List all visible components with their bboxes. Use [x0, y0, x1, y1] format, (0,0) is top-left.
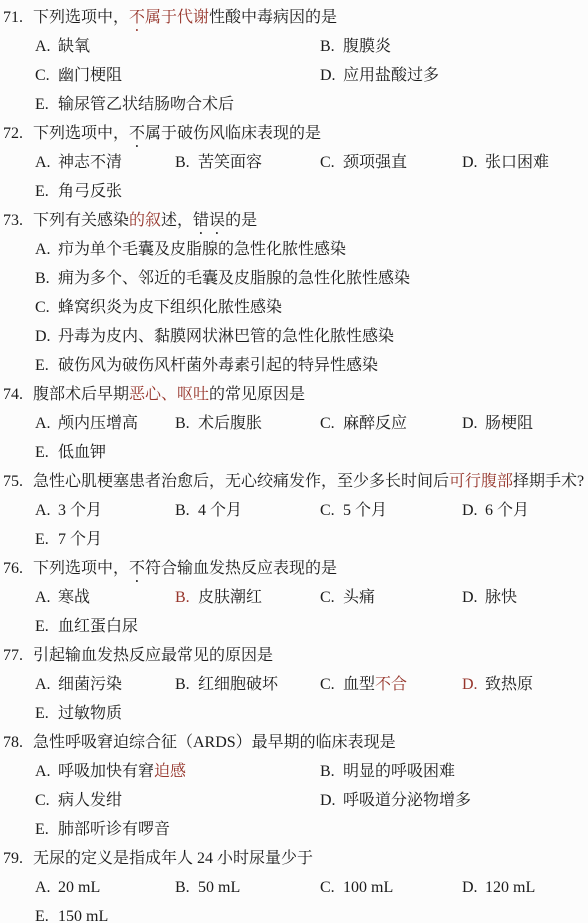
option-text-segment: 150 mL [58, 908, 108, 923]
option: D.张口困难 [462, 148, 588, 177]
option-row: A.寒战B.皮肤潮红C.头痛D.脉快 [0, 583, 588, 612]
option-text-segment: 幽门梗阻 [58, 67, 122, 84]
question-number: 78. [0, 728, 33, 757]
question-stem: 无尿的定义是指成年人 24 小时尿量少于 [33, 844, 588, 873]
option-letter: E. [35, 902, 58, 923]
option-letter: A. [35, 235, 58, 264]
option: A.细菌污染 [35, 670, 175, 699]
option-row: E.输尿管乙状结肠吻合术后 [0, 90, 588, 119]
option: C.血型不合 [320, 670, 462, 699]
question-stem-line: 71.下列选项中，不属于代谢性酸中毒病因的是 [0, 3, 588, 32]
option-text: 4 个月 [198, 502, 242, 519]
option: A.疖为单个毛囊及皮脂腺的急性化脓性感染 [35, 235, 588, 264]
option-text-segment: 细菌污染 [58, 676, 122, 693]
option-text: 颅内压增高 [58, 415, 138, 432]
option-letter: B. [175, 148, 198, 177]
option: B.红细胞破坏 [175, 670, 320, 699]
option-row: A.神志不清B.苦笑面容C.颈项强直D.张口困难 [0, 148, 588, 177]
question-stem: 急性呼吸窘迫综合征（ARDS）最早期的临床表现是 [33, 728, 588, 757]
option-letter: A. [35, 757, 58, 786]
option-letter: C. [35, 61, 58, 90]
option-text-segment: 腹膜炎 [343, 38, 391, 55]
option: C.100 mL [320, 873, 462, 902]
question-stem: 下列选项中，不符合输血发热反应表现的是 [33, 554, 588, 583]
question-stem: 下列有关感染的叙述，错误的是 [33, 206, 588, 235]
option-letter: D. [320, 61, 343, 90]
option-text: 细菌污染 [58, 676, 122, 693]
option-text: 幽门梗阻 [58, 67, 122, 84]
option-text-segment: 颅内压增高 [58, 415, 138, 432]
option-letter: B. [175, 583, 198, 612]
option-text: 20 mL [58, 879, 100, 896]
option-text: 丹毒为皮内、黏膜网状淋巴管的急性化脓性感染 [58, 328, 394, 345]
option-text: 输尿管乙状结肠吻合术后 [58, 96, 234, 113]
option-letter: C. [320, 670, 343, 699]
option: D.呼吸道分泌物增多 [320, 786, 588, 815]
option: A.颅内压增高 [35, 409, 175, 438]
option-text: 3 个月 [58, 502, 102, 519]
option: A.缺氧 [35, 32, 320, 61]
option-text-segment: 角弓反张 [58, 183, 122, 200]
option: A.20 mL [35, 873, 175, 902]
option-text: 应用盐酸过多 [343, 67, 439, 84]
option-text: 致热原 [485, 676, 533, 693]
option-letter: E. [35, 438, 58, 467]
option-text-segment: 输尿管乙状结肠吻合术后 [58, 96, 234, 113]
option: E.150 mL [35, 902, 588, 923]
question-number: 77. [0, 641, 33, 670]
option: B.痈为多个、邻近的毛囊及皮脂腺的急性化脓性感染 [35, 264, 588, 293]
option-letter: C. [320, 873, 343, 902]
option-text: 病人发绀 [58, 792, 122, 809]
option-letter: E. [35, 90, 58, 119]
question-number: 72. [0, 119, 33, 148]
option-text: 5 个月 [343, 502, 387, 519]
option-letter: C. [320, 583, 343, 612]
option-text: 6 个月 [485, 502, 529, 519]
option-text-segment: 不合 [375, 676, 407, 693]
option-row: A.缺氧B.腹膜炎 [0, 32, 588, 61]
option: E.过敏物质 [35, 699, 588, 728]
option-text: 50 mL [198, 879, 240, 896]
option-text-segment: 呼吸加快有窘 [58, 763, 154, 780]
stem-segment: 的叙 [129, 212, 161, 229]
option-row: E.7 个月 [0, 525, 588, 554]
option-text: 皮肤潮红 [198, 589, 262, 606]
option-text-segment: 肠梗阻 [485, 415, 533, 432]
option-letter: C. [320, 496, 343, 525]
option-letter: A. [35, 409, 58, 438]
option: C.颈项强直 [320, 148, 462, 177]
option-row: E.破伤风为破伤风杆菌外毒素引起的特异性感染 [0, 351, 588, 380]
option-row: C.幽门梗阻D.应用盐酸过多 [0, 61, 588, 90]
option-text-segment: 神志不清 [58, 154, 122, 171]
question-stem: 下列选项中，不属于破伤风临床表现的是 [33, 119, 588, 148]
option-letter: B. [175, 670, 198, 699]
option: E.血红蛋白尿 [35, 612, 588, 641]
option-text-segment: 血红蛋白尿 [58, 618, 138, 635]
option-letter: E. [35, 351, 58, 380]
option-text-segment: 蜂窝织炎为皮下组织化脓性感染 [58, 299, 282, 316]
option-letter: B. [35, 264, 58, 293]
option-text-segment: 术后腹胀 [198, 415, 262, 432]
option-row: E.低血钾 [0, 438, 588, 467]
option-text: 神志不清 [58, 154, 122, 171]
option: B.腹膜炎 [320, 32, 588, 61]
option-text: 角弓反张 [58, 183, 122, 200]
option-letter: C. [320, 148, 343, 177]
question-stem-line: 76.下列选项中，不符合输血发热反应表现的是 [0, 554, 588, 583]
question-number: 74. [0, 380, 33, 409]
option-letter: C. [320, 409, 343, 438]
question-stem: 腹部术后早期恶心、呕吐的常见原因是 [33, 380, 588, 409]
option: E.角弓反张 [35, 177, 588, 206]
question: 77.引起输血发热反应最常见的原因是A.细菌污染B.红细胞破坏C.血型不合D.致… [0, 641, 588, 728]
option-row: A.细菌污染B.红细胞破坏C.血型不合D.致热原 [0, 670, 588, 699]
option-text-segment: 应用盐酸过多 [343, 67, 439, 84]
question: 75.急性心肌梗塞患者治愈后，无心绞痛发作，至少多长时间后可行腹部择期手术?A.… [0, 467, 588, 554]
question-stem-line: 77.引起输血发热反应最常见的原因是 [0, 641, 588, 670]
question-number: 75. [0, 467, 33, 496]
stem-segment: 述， [161, 212, 193, 229]
option-row: B.痈为多个、邻近的毛囊及皮脂腺的急性化脓性感染 [0, 264, 588, 293]
option-text-segment: 寒战 [58, 589, 90, 606]
stem-segment: 无尿的定义是指成年人 24 小时尿量少于 [33, 850, 313, 867]
option-text: 明显的呼吸困难 [343, 763, 455, 780]
stem-segment: 引起输血发热反应最常见的原因是 [33, 647, 273, 664]
option: B.明显的呼吸困难 [320, 757, 588, 786]
option-text-segment: 痈为多个、邻近的毛囊及皮脂腺的急性化脓性感染 [58, 270, 410, 287]
option-text-segment: 50 mL [198, 879, 240, 896]
option-text-segment: 麻醉反应 [343, 415, 407, 432]
stem-segment: 属于代谢 [145, 9, 209, 26]
question-stem: 急性心肌梗塞患者治愈后，无心绞痛发作，至少多长时间后可行腹部择期手术? [33, 467, 588, 496]
option-text-segment: 颈项强直 [343, 154, 407, 171]
option-row: D.丹毒为皮内、黏膜网状淋巴管的急性化脓性感染 [0, 322, 588, 351]
option-letter: D. [462, 148, 485, 177]
option-text-segment: 疖为单个毛囊及皮脂腺的急性化脓性感染 [58, 241, 346, 258]
option-text: 蜂窝织炎为皮下组织化脓性感染 [58, 299, 282, 316]
option-letter: B. [320, 757, 343, 786]
option-row: E.血红蛋白尿 [0, 612, 588, 641]
option: A.呼吸加快有窘迫感 [35, 757, 320, 786]
stem-segment: 腹部术后早期 [33, 386, 129, 403]
stem-segment: 急性呼吸窘迫综合征（ARDS）最早期的临床表现是 [33, 734, 396, 751]
option: B.术后腹胀 [175, 409, 320, 438]
question: 72.下列选项中，不属于破伤风临床表现的是A.神志不清B.苦笑面容C.颈项强直D… [0, 119, 588, 206]
option: D.120 mL [462, 873, 588, 902]
option-text: 颈项强直 [343, 154, 407, 171]
stem-segment: 性酸中毒病因的是 [209, 9, 337, 26]
option: B.50 mL [175, 873, 320, 902]
option: C.麻醉反应 [320, 409, 462, 438]
option-text: 寒战 [58, 589, 90, 606]
question: 74.腹部术后早期恶心、呕吐的常见原因是A.颅内压增高B.术后腹胀C.麻醉反应D… [0, 380, 588, 467]
option-text-segment: 脉快 [485, 589, 517, 606]
stem-segment: 可行腹部 [449, 473, 513, 490]
stem-segment: 不 [129, 9, 145, 26]
option-letter: D. [35, 322, 58, 351]
option-text-segment: 3 个月 [58, 502, 102, 519]
stem-segment: 属于破伤风临床表现的是 [145, 125, 321, 142]
option-text-segment: 缺氧 [58, 38, 90, 55]
option: E.破伤风为破伤风杆菌外毒素引起的特异性感染 [35, 351, 588, 380]
option-text: 过敏物质 [58, 705, 122, 722]
option-text: 呼吸道分泌物增多 [343, 792, 471, 809]
option-text: 血红蛋白尿 [58, 618, 138, 635]
option-letter: E. [35, 699, 58, 728]
option-letter: B. [175, 873, 198, 902]
option-letter: A. [35, 32, 58, 61]
option-text-segment: 病人发绀 [58, 792, 122, 809]
option-letter: A. [35, 148, 58, 177]
option-text: 肠梗阻 [485, 415, 533, 432]
option-text-segment: 丹毒为皮内、黏膜网状淋巴管的急性化脓性感染 [58, 328, 394, 345]
option-text-segment: 100 mL [343, 879, 393, 896]
option-text-segment: 6 个月 [485, 502, 529, 519]
option-row: A.3 个月B.4 个月C.5 个月D.6 个月 [0, 496, 588, 525]
question-stem-line: 73.下列有关感染的叙述，错误的是 [0, 206, 588, 235]
option: B.4 个月 [175, 496, 320, 525]
question-number: 71. [0, 3, 33, 32]
question-number: 73. [0, 206, 33, 235]
option-text: 肺部听诊有啰音 [58, 821, 170, 838]
option-text: 疖为单个毛囊及皮脂腺的急性化脓性感染 [58, 241, 346, 258]
exam-page: 71.下列选项中，不属于代谢性酸中毒病因的是A.缺氧B.腹膜炎C.幽门梗阻D.应… [0, 0, 588, 923]
option: D.应用盐酸过多 [320, 61, 588, 90]
question-stem-line: 74.腹部术后早期恶心、呕吐的常见原因是 [0, 380, 588, 409]
option: C.幽门梗阻 [35, 61, 320, 90]
option: D.致热原 [462, 670, 588, 699]
option: C.5 个月 [320, 496, 462, 525]
option-text-segment: 破伤风为破伤风杆菌外毒素引起的特异性感染 [58, 357, 378, 374]
option-text: 脉快 [485, 589, 517, 606]
stem-segment: 恶心、呕吐 [129, 386, 209, 403]
stem-segment: 的常见原因是 [209, 386, 305, 403]
option: C.病人发绀 [35, 786, 320, 815]
question-stem-line: 79.无尿的定义是指成年人 24 小时尿量少于 [0, 844, 588, 873]
option-text-segment: 张口困难 [485, 154, 549, 171]
stem-segment: 择期手术? [513, 473, 584, 490]
option-letter: A. [35, 583, 58, 612]
option-text-segment: 120 mL [485, 879, 535, 896]
question: 76.下列选项中，不符合输血发热反应表现的是A.寒战B.皮肤潮红C.头痛D.脉快… [0, 554, 588, 641]
option-text: 呼吸加快有窘迫感 [58, 763, 186, 780]
option-text-segment: 20 mL [58, 879, 100, 896]
stem-segment: 下列有关感染 [33, 212, 129, 229]
option-letter: B. [175, 496, 198, 525]
option-text-segment: 迫感 [154, 763, 186, 780]
option-text: 术后腹胀 [198, 415, 262, 432]
question: 73.下列有关感染的叙述，错误的是A.疖为单个毛囊及皮脂腺的急性化脓性感染B.痈… [0, 206, 588, 380]
stem-segment: 下列选项中， [33, 9, 129, 26]
question-stem-line: 72.下列选项中，不属于破伤风临床表现的是 [0, 119, 588, 148]
question: 78.急性呼吸窘迫综合征（ARDS）最早期的临床表现是A.呼吸加快有窘迫感B.明… [0, 728, 588, 844]
option-text-segment: 肺部听诊有啰音 [58, 821, 170, 838]
option: A.神志不清 [35, 148, 175, 177]
option: D.丹毒为皮内、黏膜网状淋巴管的急性化脓性感染 [35, 322, 588, 351]
stem-segment: 不 [129, 560, 145, 577]
option-text: 腹膜炎 [343, 38, 391, 55]
option-letter: E. [35, 612, 58, 641]
option-text: 张口困难 [485, 154, 549, 171]
option: D.肠梗阻 [462, 409, 588, 438]
option: B.苦笑面容 [175, 148, 320, 177]
option-letter: A. [35, 496, 58, 525]
option-letter: C. [35, 293, 58, 322]
option-text-segment: 皮肤潮红 [198, 589, 262, 606]
option-row: A.呼吸加快有窘迫感B.明显的呼吸困难 [0, 757, 588, 786]
option-text-segment: 头痛 [343, 589, 375, 606]
option-row: E.过敏物质 [0, 699, 588, 728]
option: E.低血钾 [35, 438, 588, 467]
option: B.皮肤潮红 [175, 583, 320, 612]
option-letter: D. [462, 873, 485, 902]
option-letter: B. [175, 409, 198, 438]
option-text: 破伤风为破伤风杆菌外毒素引起的特异性感染 [58, 357, 378, 374]
option-letter: D. [462, 409, 485, 438]
option-letter: E. [35, 525, 58, 554]
option-row: E.角弓反张 [0, 177, 588, 206]
option-row: A.疖为单个毛囊及皮脂腺的急性化脓性感染 [0, 235, 588, 264]
option: D.6 个月 [462, 496, 588, 525]
option: A.3 个月 [35, 496, 175, 525]
stem-segment: 符合输血发热反应表现的是 [145, 560, 337, 577]
stem-segment: 的是 [225, 212, 257, 229]
option: A.寒战 [35, 583, 175, 612]
option-row: C.蜂窝织炎为皮下组织化脓性感染 [0, 293, 588, 322]
option-text-segment: 7 个月 [58, 531, 102, 548]
option: E.肺部听诊有啰音 [35, 815, 588, 844]
option: D.脉快 [462, 583, 588, 612]
option-text: 150 mL [58, 908, 108, 923]
option-letter: E. [35, 177, 58, 206]
question-stem: 下列选项中，不属于代谢性酸中毒病因的是 [33, 3, 588, 32]
option-letter: B. [320, 32, 343, 61]
question-number: 79. [0, 844, 33, 873]
option-text-segment: 4 个月 [198, 502, 242, 519]
option-text-segment: 致热原 [485, 676, 533, 693]
option-text: 血型不合 [343, 676, 407, 693]
option: E.7 个月 [35, 525, 588, 554]
option-letter: A. [35, 873, 58, 902]
option-text-segment: 苦笑面容 [198, 154, 262, 171]
option-row: C.病人发绀D.呼吸道分泌物增多 [0, 786, 588, 815]
option-text-segment: 呼吸道分泌物增多 [343, 792, 471, 809]
stem-segment: 下列选项中， [33, 560, 129, 577]
option-row: A.20 mLB.50 mLC.100 mLD.120 mL [0, 873, 588, 902]
stem-segment: 下列选项中， [33, 125, 129, 142]
option-text-segment: 血型 [343, 676, 375, 693]
option-text: 低血钾 [58, 444, 106, 461]
stem-segment: 错误 [193, 212, 225, 229]
option: C.蜂窝织炎为皮下组织化脓性感染 [35, 293, 588, 322]
question: 79.无尿的定义是指成年人 24 小时尿量少于A.20 mLB.50 mLC.1… [0, 844, 588, 923]
question: 71.下列选项中，不属于代谢性酸中毒病因的是A.缺氧B.腹膜炎C.幽门梗阻D.应… [0, 3, 588, 119]
option-text: 缺氧 [58, 38, 90, 55]
stem-segment: 不 [129, 125, 145, 142]
option-letter: D. [462, 496, 485, 525]
option-text-segment: 红细胞破坏 [198, 676, 278, 693]
option-text-segment: 明显的呼吸困难 [343, 763, 455, 780]
question-number: 76. [0, 554, 33, 583]
option-text: 红细胞破坏 [198, 676, 278, 693]
option-text: 7 个月 [58, 531, 102, 548]
option-row: E.150 mL [0, 902, 588, 923]
option-text: 100 mL [343, 879, 393, 896]
option-text-segment: 5 个月 [343, 502, 387, 519]
option-letter: D. [462, 583, 485, 612]
option-letter: A. [35, 670, 58, 699]
option-text: 头痛 [343, 589, 375, 606]
option-text: 痈为多个、邻近的毛囊及皮脂腺的急性化脓性感染 [58, 270, 410, 287]
question-stem-line: 78.急性呼吸窘迫综合征（ARDS）最早期的临床表现是 [0, 728, 588, 757]
option-letter: C. [35, 786, 58, 815]
option-text: 120 mL [485, 879, 535, 896]
option: E.输尿管乙状结肠吻合术后 [35, 90, 588, 119]
option-letter: E. [35, 815, 58, 844]
option-letter: D. [320, 786, 343, 815]
option-text: 麻醉反应 [343, 415, 407, 432]
question-stem: 引起输血发热反应最常见的原因是 [33, 641, 588, 670]
option-text: 苦笑面容 [198, 154, 262, 171]
option-letter: D. [462, 670, 485, 699]
option-row: A.颅内压增高B.术后腹胀C.麻醉反应D.肠梗阻 [0, 409, 588, 438]
option: C.头痛 [320, 583, 462, 612]
question-stem-line: 75.急性心肌梗塞患者治愈后，无心绞痛发作，至少多长时间后可行腹部择期手术? [0, 467, 588, 496]
stem-segment: 急性心肌梗塞患者治愈后，无心绞痛发作，至少多长时间后 [33, 473, 449, 490]
option-text-segment: 低血钾 [58, 444, 106, 461]
option-text-segment: 过敏物质 [58, 705, 122, 722]
option-row: E.肺部听诊有啰音 [0, 815, 588, 844]
